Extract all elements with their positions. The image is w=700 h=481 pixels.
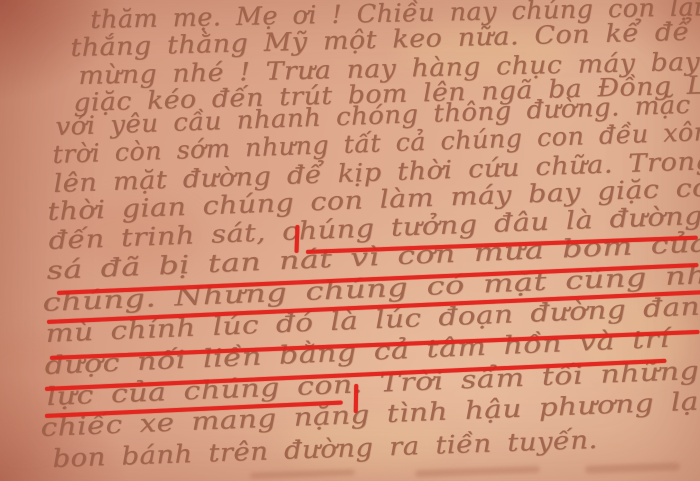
faint-text-smudge [250,469,355,479]
letter-photo: thăm mẹ. Mẹ ơi ! Chiều nay chúng con lại… [0,0,700,481]
red-tick-marker-end [354,384,359,413]
faint-text-smudge [585,462,680,473]
faint-text-smudge [415,466,540,477]
